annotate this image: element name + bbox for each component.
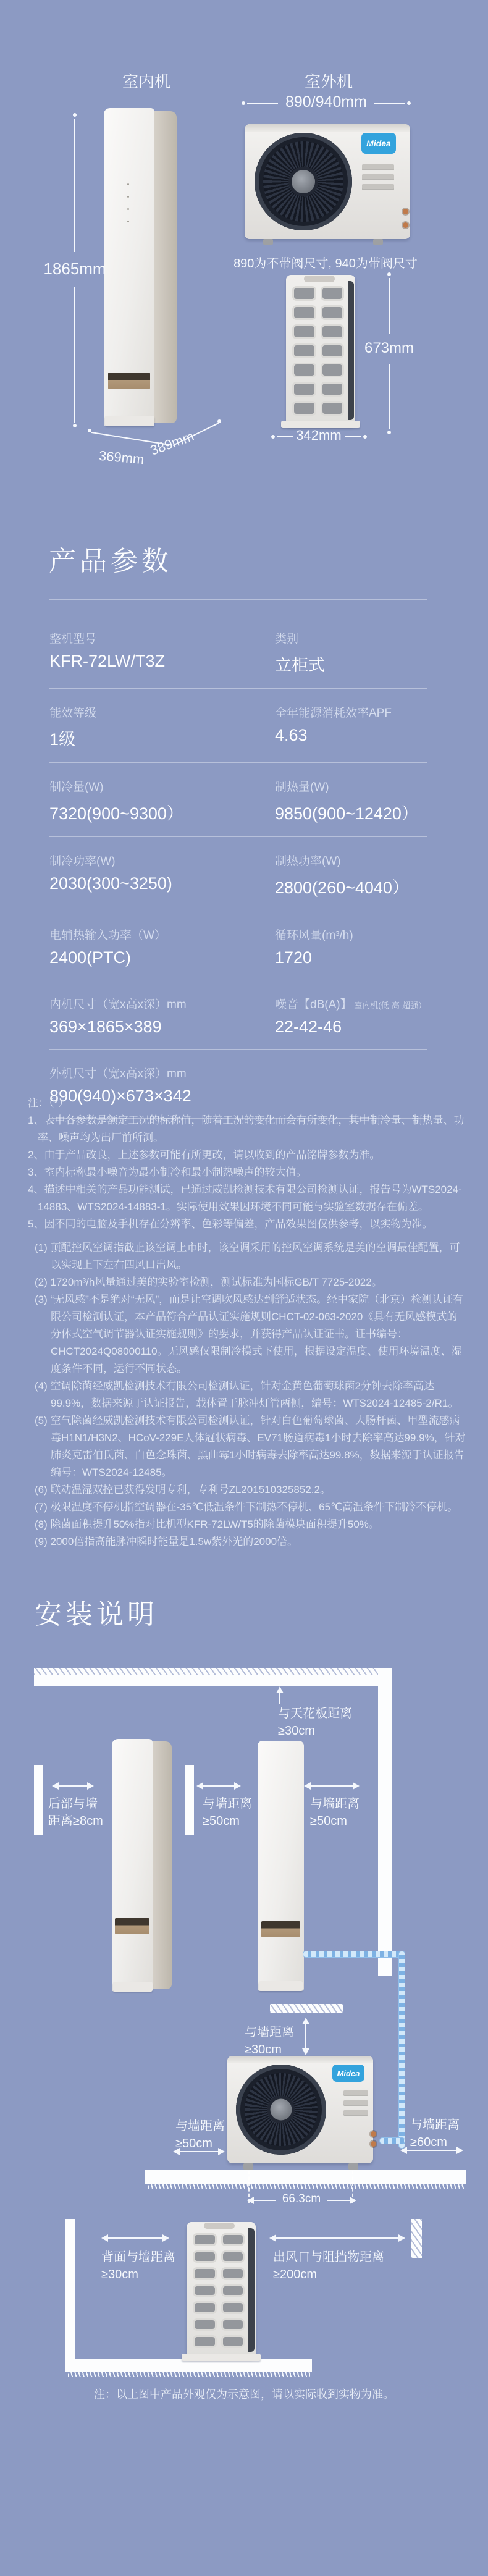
wall-segment (34, 1765, 43, 1835)
dim-line (59, 1785, 87, 1787)
spec-cell: 制冷量(W) 7320(900~9300） (49, 778, 275, 824)
outdoor-depth-dim: 342mm (295, 427, 342, 444)
spec-label-text: 全年能源消耗效率APF (275, 707, 392, 720)
arrow-right-icon (353, 1782, 360, 1790)
indoor-unit-side-face (150, 1741, 172, 1989)
outdoor-unit-top-cap (245, 124, 410, 132)
dim-dot (387, 272, 391, 276)
arrow-left-icon (196, 1782, 203, 1790)
install-disclaimer-note: 注：以上图中产品外观仅为示意图，请以实际收到实物为准。 (0, 2386, 488, 2402)
arrow-left-icon (247, 2197, 254, 2204)
grille-cell (193, 2335, 217, 2348)
notes-block: 注：（*） 1、表中各参数是额定工况的标称值，随着工况的变化而会有所变化，其中制… (28, 1095, 466, 1551)
spec-row: 内机尺寸（宽x高x深）mm 369×1865×389 噪音【dB(A)】 室内机… (49, 980, 427, 1049)
spec-label-text: 制热功率(W) (275, 855, 341, 868)
back-wall-distance-label: 后部与墙 距离≥8cm (48, 1795, 103, 1830)
spec-label: 类别 (275, 629, 427, 646)
grille-cell (321, 401, 345, 416)
midea-logo: Midea (332, 2065, 364, 2082)
spec-row: 制冷功率(W) 2030(300~3250) 制热功率(W) 2800(260~… (49, 836, 427, 911)
grille-cell (193, 2301, 217, 2314)
mounting-platform (145, 2170, 466, 2184)
note-item: 5、因不同的电脑及手机存在分辨率、色彩等偏差，产品效果图仅供参考，以实物为准。 (28, 1216, 466, 1233)
grille-cell (193, 2267, 217, 2280)
grille-cell (221, 2267, 245, 2280)
arrow-left-icon (52, 1782, 59, 1790)
obstacle-wall (411, 2219, 422, 2258)
dim-dot (407, 101, 411, 105)
indoor-unit-front-face (112, 1739, 153, 1992)
note-subitem: (4) 空调除菌经威凯检测技术有限公司检测认证，针对金黄色葡萄球菌2分钟去除率高… (35, 1378, 466, 1412)
dim-dot (271, 435, 275, 439)
dim-dot (363, 435, 367, 439)
grille-cell (221, 2318, 245, 2331)
spec-value: 369×1865×389 (49, 1017, 275, 1037)
note-item: 2、由于产品改良，上述参数可能有所更改，请以收到的产品铭牌参数为准。 (28, 1147, 466, 1164)
dim-line (374, 103, 405, 104)
spec-label-text: 制热量(W) (275, 781, 329, 794)
dim-line (345, 436, 361, 437)
arrow-right-icon (398, 2234, 405, 2242)
arrow-right-icon (87, 1782, 94, 1790)
wall-above-outdoor (270, 2004, 343, 2013)
arrow-left-icon (269, 2234, 276, 2242)
side-grille (193, 2233, 245, 2348)
refrigerant-pipe (398, 1951, 405, 2149)
specs-section-title: 产品参数 (49, 539, 172, 578)
dim-dot (242, 101, 245, 105)
side-grille (292, 286, 344, 416)
indoor-unit-illustration (104, 108, 177, 426)
spec-row: 整机型号 KFR-72LW/T3Z 类别 立柜式 (49, 599, 427, 688)
spec-cell: 循环风量(m³/h) 1720 (275, 926, 427, 967)
dim-line (108, 2237, 162, 2239)
dim-dot (217, 419, 221, 423)
spec-value: 2400(PTC) (49, 948, 275, 967)
spec-row: 电辅热输入功率（W） 2400(PTC) 循环风量(m³/h) 1720 (49, 911, 427, 980)
spec-value: 7320(900~9300） (49, 800, 275, 824)
indoor-unit-side-face (152, 111, 177, 423)
side-view-handle (204, 2223, 235, 2229)
grille-cell (221, 2301, 245, 2314)
indoor-unit-illustration (258, 1741, 304, 1991)
floor-hatch (68, 2372, 310, 2377)
arrow-right-icon (234, 1782, 241, 1790)
indoor-depth-dim: 389mm (148, 428, 196, 459)
dim-line (327, 2200, 350, 2201)
fan-icon (255, 133, 352, 230)
grille-cell (321, 382, 345, 397)
refrigerant-pipe (303, 1951, 405, 1958)
spec-label: 电辅热输入功率（W） (49, 926, 275, 943)
indoor-unit-illustration (112, 1739, 172, 1992)
side-front-distance-label: 出风口与阻挡物距离 ≥200cm (273, 2249, 384, 2283)
grille-cell (193, 2233, 217, 2246)
product-detail-page: 室内机 室外机 890/940mm 1865mm Mi (0, 0, 488, 2576)
spec-label: 循环风量(m³/h) (275, 926, 427, 943)
spec-cell: 能效等级 1级 (49, 704, 275, 750)
note-subitem: (2) 1720m³/h风量通过美的实验室检测，测试标准为国标GB/T 7725… (35, 1274, 466, 1291)
spec-row: 能效等级 1级 全年能源消耗效率APF 4.63 (49, 688, 427, 762)
dim-line (407, 2150, 456, 2151)
air-outlet-vent (108, 373, 150, 389)
copper-valve (371, 2131, 376, 2137)
louver-slot (362, 174, 394, 179)
copper-valve (403, 209, 408, 214)
arrow-left-icon (173, 2148, 180, 2155)
spec-value: 22-42-46 (275, 1017, 427, 1037)
right-wall (378, 1668, 392, 1976)
spec-label: 制冷量(W) (49, 778, 275, 794)
arrow-right-icon (456, 2147, 463, 2154)
dim-line (276, 2237, 398, 2239)
spec-value: 4.63 (275, 726, 427, 745)
dim-line (277, 436, 293, 437)
note-subitem: (7) 极限温度不停机指空调器在-35℃低温条件下制热不停机、65℃高温条件下制… (35, 1499, 466, 1516)
arrow-left-icon (400, 2147, 407, 2154)
louver-slot (362, 184, 394, 189)
spec-row: 制冷量(W) 7320(900~9300） 制热量(W) 9850(900~12… (49, 762, 427, 836)
fan-hub (270, 2098, 292, 2120)
spec-label: 全年能源消耗效率APF (275, 704, 427, 720)
side-back-distance-label: 背面与墙距离 ≥30cm (101, 2249, 175, 2283)
spec-label: 能效等级 (49, 704, 275, 720)
grille-cell (292, 401, 316, 416)
spec-label: 整机型号 (49, 629, 275, 646)
spec-value: 立柜式 (275, 652, 427, 676)
spec-label: 内机尺寸（宽x高x深）mm (49, 995, 275, 1012)
outdoor-top-distance-label: 与墙距离 ≥30cm (245, 2024, 294, 2058)
spec-value: KFR-72LW/T3Z (49, 652, 275, 671)
spec-label: 制热量(W) (275, 778, 427, 794)
unit-foot (373, 239, 383, 245)
spec-label-text: 噪音【dB(A)】 (275, 998, 352, 1011)
spec-cell: 制热量(W) 9850(900~12420） (275, 778, 427, 824)
arrow-right-icon (218, 2148, 225, 2155)
spec-value (275, 1070, 427, 1087)
ceiling (34, 1675, 392, 1686)
note-subitem: (5) 空气除菌经威凯检测技术有限公司检测认证，针对白色葡萄球菌、大肠杆菌、甲型… (35, 1412, 466, 1481)
unit-base (182, 2354, 261, 2361)
grille-cell (292, 382, 316, 397)
install-section-title: 安装说明 (35, 1592, 158, 1631)
spec-value: 1级 (49, 726, 275, 750)
dim-line (389, 364, 390, 429)
note-item: 1、表中各参数是额定工况的标称值，随着工况的变化而会有所变化，其中制冷量、制热量… (28, 1112, 466, 1147)
louver-slot (343, 2090, 368, 2095)
dim-line (279, 1693, 280, 1704)
unit-base (105, 416, 154, 426)
arrow-down-icon (302, 2048, 309, 2055)
dim-line (74, 287, 75, 423)
ceiling-hatch (34, 1668, 392, 1675)
note-subitem: (1) 顶配控风空调指截止该空调上市时，该空调采用的控风空调系统是美的空调最佳配… (35, 1239, 466, 1274)
dim-line (180, 2151, 218, 2152)
dim-line (389, 278, 390, 334)
refrigerant-pipe (379, 2137, 405, 2144)
outdoor-height-dim: 673mm (351, 340, 427, 357)
air-outlet-vent (115, 1918, 149, 1934)
louver-slot (343, 2110, 368, 2115)
grille-cell (292, 286, 316, 301)
spec-label: 制冷功率(W) (49, 852, 275, 869)
spec-cell: 制热功率(W) 2800(260~4040） (275, 852, 427, 898)
spec-cell: 制冷功率(W) 2030(300~3250) (49, 852, 275, 898)
note-subitem: (9) 2000倍指高能脉冲瞬时能量是1.5w紫外光的2000倍。 (35, 1533, 466, 1551)
note-item: 4、描述中相关的产品功能测试，已通过威凯检测技术有限公司检测认证，报告号为WTS… (28, 1181, 466, 1216)
spec-label-text: 类别 (275, 633, 298, 646)
wall-segment (185, 1765, 194, 1835)
grille-cell (292, 324, 316, 339)
copper-valve (403, 222, 408, 228)
control-dot (127, 196, 129, 198)
grille-cell (321, 286, 345, 301)
midea-logo: Midea (361, 133, 396, 154)
spec-cell: 全年能源消耗效率APF 4.63 (275, 704, 427, 750)
note-subitem: (8) 除菌面积提升50%指对比机型KFR-72LW/T5的除菌模块面积提升50… (35, 1516, 466, 1533)
outdoor-left-distance-label: 与墙距离 ≥50cm (175, 2118, 225, 2152)
sub-notes-block: (1) 顶配控风空调指截止该空调上市时，该空调采用的控风空调系统是美的空调最佳配… (28, 1239, 466, 1551)
unit-base (113, 1982, 153, 1992)
wall-distance-label: 与墙距离 ≥50cm (203, 1795, 252, 1830)
dim-dot (73, 424, 77, 427)
grille-cell (292, 343, 316, 358)
arrow-right-icon (162, 2234, 169, 2242)
grille-cell (321, 305, 345, 320)
spec-label: 制热功率(W) (275, 852, 427, 869)
side-view-edge (248, 2228, 255, 2352)
grille-cell (292, 305, 316, 320)
fan-icon (236, 2065, 326, 2155)
note-subitem: (3) “无风感”不是绝对“无风”，而是让空调吹风感达到舒适状态。经中家院（北京… (35, 1291, 466, 1378)
outdoor-width-dim: 890/940mm (264, 93, 388, 111)
indoor-unit-title: 室内机 (97, 69, 196, 92)
grille-cell (321, 324, 345, 339)
grille-cell (321, 343, 345, 358)
copper-valve (371, 2141, 376, 2147)
grille-cell (221, 2233, 245, 2246)
note-item: 3、室内标称最小噪音为最小制冷和最小制热噪声的较大值。 (28, 1164, 466, 1181)
specs-table: 整机型号 KFR-72LW/T3Z 类别 立柜式 能效等级 1级 全年能源消耗效… (49, 599, 427, 1119)
dim-line (311, 1785, 353, 1787)
dim-line (74, 119, 75, 252)
indoor-width-dim: 369mm (98, 448, 145, 468)
feet-distance-dim: 66.3cm (277, 2192, 326, 2206)
louver-slot (343, 2100, 368, 2105)
grille-cell (321, 363, 345, 377)
grille-cell (221, 2284, 245, 2297)
spec-value: 2030(300~3250) (49, 874, 275, 893)
unit-foot (263, 239, 273, 245)
spec-cell: 内机尺寸（宽x高x深）mm 369×1865×389 (49, 995, 275, 1037)
spec-value: 1720 (275, 948, 427, 967)
spec-label-text: 循环风量(m³/h) (275, 929, 353, 942)
notes-heading: 注：（*） (28, 1095, 466, 1112)
indoor-unit-front-face (258, 1741, 304, 1991)
spec-cell: 噪音【dB(A)】 室内机(低-高-超强） 22-42-46 (275, 995, 427, 1037)
platform-hatch (148, 2184, 465, 2189)
grille-cell (193, 2284, 217, 2297)
spec-label-suffix: 室内机(低-高-超强） (352, 1001, 427, 1010)
control-dot (127, 221, 129, 222)
spec-value: 2800(260~4040） (275, 874, 427, 898)
grille-cell (221, 2250, 245, 2263)
control-dot (127, 183, 129, 185)
outdoor-unit-top-cap (227, 2056, 373, 2063)
grille-cell (193, 2250, 217, 2263)
outdoor-right-distance-label: 与墙距离 ≥60cm (410, 2116, 460, 2151)
spec-cell: 类别 立柜式 (275, 629, 427, 676)
unit-foot (348, 2163, 358, 2170)
valve-size-note: 890为不带阀尺寸, 940为带阀尺寸 (198, 253, 453, 271)
arrow-left-icon (101, 2234, 108, 2242)
ceiling-distance-label: 与天花板距离 ≥30cm (278, 1705, 352, 1740)
dim-line (305, 2024, 306, 2048)
air-outlet-vent (261, 1921, 300, 1937)
side-view-handle (304, 276, 335, 282)
arrow-left-icon (304, 1782, 311, 1790)
spec-cell: 电辅热输入功率（W） 2400(PTC) (49, 926, 275, 967)
dim-dot (387, 431, 391, 434)
wall-distance-label: 与墙距离 ≥50cm (310, 1795, 360, 1830)
grille-cell (193, 2318, 217, 2331)
arrow-right-icon (350, 2197, 356, 2204)
fan-hub (292, 170, 315, 193)
dim-line (254, 2200, 276, 2201)
control-dot (127, 208, 129, 210)
note-subitem: (6) 联动温湿双控已获得发明专利，专利号ZL201510325852.2。 (35, 1481, 466, 1499)
spec-value: 9850(900~12420） (275, 800, 427, 824)
unit-base (259, 1981, 303, 1991)
grille-cell (221, 2335, 245, 2348)
dim-line (203, 1785, 234, 1787)
spec-label: 外机尺寸（宽x高x深）mm (49, 1064, 275, 1081)
indoor-height-dim: 1865mm (37, 259, 112, 279)
grille-cell (292, 363, 316, 377)
back-wall (65, 2219, 75, 2372)
unit-foot (243, 2163, 253, 2170)
spec-label: 噪音【dB(A)】 室内机(低-高-超强） (275, 995, 427, 1012)
outdoor-unit-title: 室外机 (279, 69, 378, 92)
louver-slot (362, 164, 394, 169)
spec-cell: 整机型号 KFR-72LW/T3Z (49, 629, 275, 676)
dim-dot (73, 113, 77, 117)
